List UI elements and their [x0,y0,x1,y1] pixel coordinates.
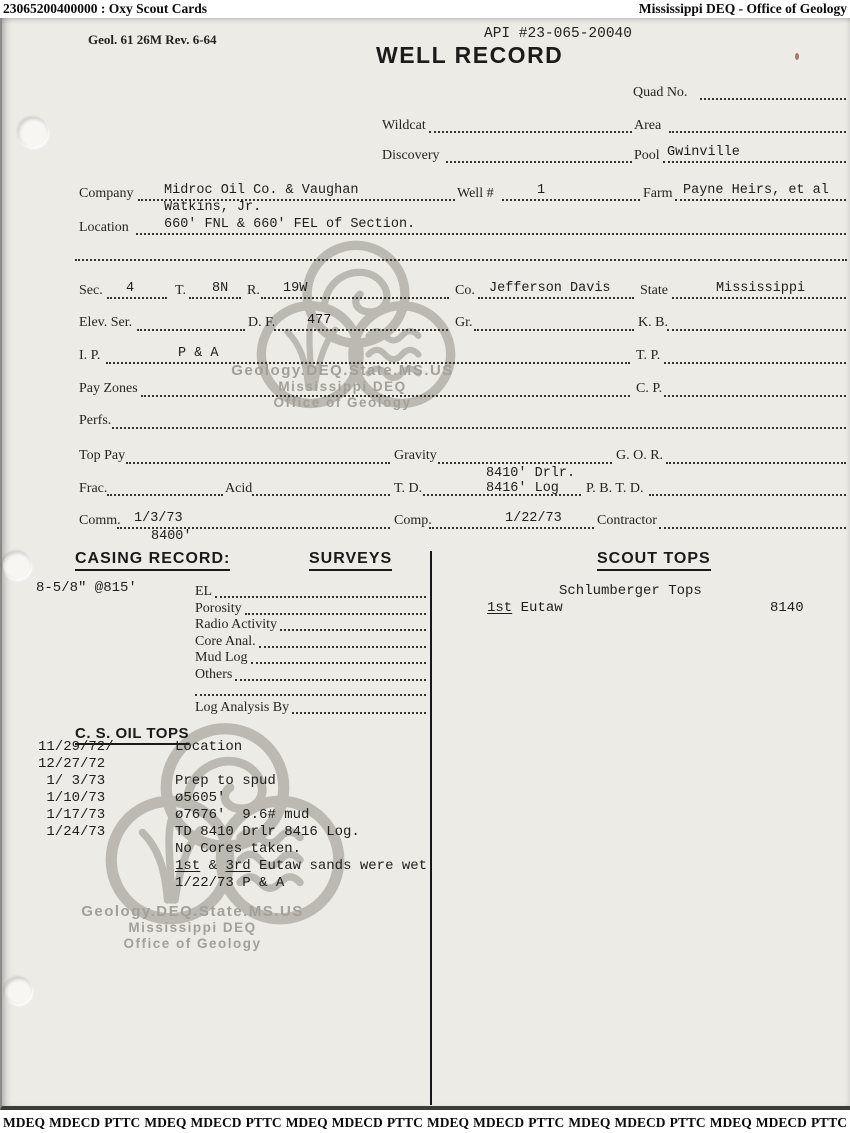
field-value-company-line2: Watkins, Jr. [164,200,261,216]
dotted-line [700,98,846,100]
footer-token: PTTC [670,1115,706,1131]
field-label-wildcat: Wildcat [382,118,426,133]
field-label-farm: Farm [643,186,673,201]
footer-token: MDEQ [286,1115,328,1131]
oil-top-note: ø7676' 9.6# mud [175,807,430,824]
field-value-county: Jefferson Davis [489,281,611,297]
survey-row: Radio Activity [195,617,426,632]
dotted-line [429,527,594,529]
field-value-comp-date: 1/22/73 [505,511,562,527]
form-revision-note: Geol. 61 26M Rev. 6-64 [88,32,217,48]
field-label-county: Co. [455,283,475,298]
field-label-td: T. D. [394,481,422,496]
survey-label: Core Anal. [195,635,259,649]
footer-token: PTTC [104,1115,140,1131]
dotted-line [126,462,390,464]
oil-top-row: 1/17/73ø7676' 9.6# mud [38,807,430,824]
oil-top-row: 1/ 3/73Prep to spud [38,773,430,790]
field-value-range: 19W [283,281,307,297]
scout-top-depth: 8140 [770,600,804,616]
log-analysis-row: Log Analysis By [195,700,426,715]
oil-top-date: 1/24/73 [38,824,175,841]
dotted-line [478,297,634,299]
scout-tops-heading: SCOUT TOPS [597,551,711,571]
form-title: WELL RECORD [376,44,563,67]
field-label-comm: Comm. [79,513,121,528]
footer-token: MDEQ [568,1115,610,1131]
watermark-text: Geology.DEQ.State.MS.US Mississippi DEQ … [65,903,320,952]
footer-token: PTTC [811,1115,847,1131]
watermark-text: Geology.DEQ.State.MS.US Mississippi DEQ … [225,362,460,411]
dotted-leader [215,596,426,598]
field-value-ip: P & A [178,346,219,362]
scout-top-formation: 1st Eutaw [487,600,563,616]
dotted-line [195,694,426,696]
oil-top-note: TD 8410 Drlr 8416 Log. [175,824,430,841]
field-value-township: 8N [212,281,228,297]
footer-token: MDECD [756,1115,807,1131]
field-label-pool: Pool [634,148,660,163]
footer-strip: MDEQMDECDPTTCMDEQMDECDPTTCMDEQMDECDPTTCM… [3,1115,847,1131]
viewer-header-bar: 23065200400000 : Oxy Scout Cards Mississ… [0,0,850,18]
field-value-sec: 4 [126,281,134,297]
dotted-leader [292,712,426,714]
field-label-area: Area [634,118,661,133]
oil-tops-list: 11/29/72/Location12/27/72 1/ 3/73Prep to… [38,739,430,892]
footer-token: MDEQ [3,1115,45,1131]
scout-tops-source: Schlumberger Tops [559,583,702,599]
field-label-comp: Comp. [394,513,432,528]
field-label-well-no: Well # [457,186,494,201]
field-label-state: State [640,283,668,298]
dotted-line [261,297,449,299]
dotted-line [664,362,846,364]
dotted-line [189,297,241,299]
dotted-line [502,199,640,201]
field-value-state: Mississippi [716,281,805,297]
dotted-line [667,329,846,331]
column-divider [430,551,432,1105]
oil-top-note: 1st & 3rd Eutaw sands were wet [175,858,430,875]
oil-top-date: 1/ 3/73 [38,773,175,790]
field-label-frac: Frac. [79,481,107,496]
field-label-top-pay: Top Pay [79,448,125,463]
survey-label: Others [195,668,235,682]
field-label-contractor: Contractor [597,513,657,528]
field-value-pool: Gwinville [667,145,740,161]
oil-top-note [175,756,430,773]
field-label-discovery: Discovery [382,148,440,163]
casing-record-heading: CASING RECORD: [75,551,230,571]
punch-hole [18,117,48,147]
dotted-line [675,199,846,201]
footer-token: MDEQ [427,1115,469,1131]
oil-top-note: ø5605' [175,790,430,807]
field-label-elev-ser: Elev. Ser. [79,315,132,330]
footer-token: MDECD [332,1115,383,1131]
dotted-line [666,462,846,464]
dotted-line [252,494,390,496]
dotted-leader [251,662,427,664]
log-analysis-label: Log Analysis By [195,701,292,715]
dotted-line [112,427,846,429]
dotted-line [672,297,846,299]
field-label-location: Location [79,220,129,235]
oil-top-note: Location [175,739,430,756]
field-label-company: Company [79,186,133,201]
dotted-leader [280,629,426,631]
casing-record-entry: 8-5/8" @815' [36,580,137,596]
dotted-leader [245,613,426,615]
watermark-agency: Mississippi DEQ [65,920,320,936]
oil-top-row: 1st & 3rd Eutaw sands were wet [38,858,430,875]
oil-top-note: Prep to spud [175,773,430,790]
dotted-line [669,131,846,133]
field-label-sec: Sec. [79,283,103,298]
dotted-line [664,395,846,397]
oil-top-date [38,875,175,892]
oil-top-note: No Cores taken. [175,841,430,858]
footer-token: MDECD [49,1115,100,1131]
dotted-line [106,362,630,364]
survey-row: Others [195,667,426,682]
dotted-line [474,329,634,331]
field-label-acid: Acid [225,481,252,496]
watermark-office: Office of Geology [225,395,460,411]
footer-token: PTTC [246,1115,282,1131]
punch-hole [5,977,32,1004]
dotted-leader [235,679,426,681]
dotted-line [137,329,245,331]
dotted-line [659,527,846,529]
oil-top-row: No Cores taken. [38,841,430,858]
field-label-kb: K. B. [638,315,668,330]
watermark-url: Geology.DEQ.State.MS.US [65,903,320,920]
scan-artifact [795,53,799,60]
footer-token: MDECD [190,1115,241,1131]
field-value-company-line1: Midroc Oil Co. & Vaughan [164,183,358,199]
field-label-township: T. [175,283,186,298]
survey-row: EL [195,584,426,599]
oil-top-date [38,858,175,875]
survey-row: Porosity [195,601,426,616]
dotted-leader [259,646,426,648]
footer-token: MDEQ [144,1115,186,1131]
field-label-ip: I. P. [79,348,100,363]
oil-top-date: 11/29/72/ [38,739,175,756]
survey-label: EL [195,585,215,599]
field-label-range: R. [247,283,260,298]
dotted-line [438,462,612,464]
dotted-line [75,259,847,261]
field-label-quad-no: Quad No. [633,85,687,100]
surveys-heading: SURVEYS [309,551,392,571]
footer-token: MDECD [614,1115,665,1131]
watermark-agency: Mississippi DEQ [225,379,460,395]
dotted-line [107,494,223,496]
field-value-td-log: 8416' Log [486,481,559,497]
field-value-well-no: 1 [537,183,545,199]
oil-top-row: 12/27/72 [38,756,430,773]
oil-top-row: 1/24/73TD 8410 Drlr 8416 Log. [38,824,430,841]
header-document-id: 23065200400000 : Oxy Scout Cards [3,1,207,17]
oil-top-row: 1/22/73 P & A [38,875,430,892]
field-label-gravity: Gravity [394,448,437,463]
oil-top-date: 1/17/73 [38,807,175,824]
field-label-perfs: Perfs. [79,413,111,428]
punch-hole [3,551,31,579]
dotted-line [141,395,630,397]
field-value-farm: Payne Heirs, et al [683,183,829,199]
field-label-pay-zones: Pay Zones [79,381,138,396]
survey-label: Mud Log [195,651,251,665]
oil-top-date: 12/27/72 [38,756,175,773]
field-value-location: 660' FNL & 660' FEL of Section. [164,217,415,233]
watermark-url: Geology.DEQ.State.MS.US [225,362,460,379]
field-value-comm-depth: 8400' [151,529,192,545]
header-agency-title: Mississippi DEQ - Office of Geology [639,1,847,17]
footer-token: PTTC [387,1115,423,1131]
footer-token: MDECD [473,1115,524,1131]
oil-top-row: 1/10/73ø5605' [38,790,430,807]
footer-token: PTTC [528,1115,564,1131]
survey-label: Porosity [195,602,245,616]
oil-top-row: 11/29/72/Location [38,739,430,756]
api-number: API #23-065-20040 [484,26,632,42]
survey-label: Radio Activity [195,618,280,632]
scanned-well-record-page: 23065200400000 : Oxy Scout Cards Mississ… [0,0,850,1133]
oil-top-date: 1/10/73 [38,790,175,807]
field-label-df: D. F. [248,315,275,330]
dotted-line [274,329,448,331]
field-value-df: 477 [307,313,331,329]
dotted-line [136,233,846,235]
dotted-line [649,494,846,496]
field-value-td-driller: 8410' Drlr. [486,466,575,482]
field-label-gr: Gr. [455,315,473,330]
field-label-gor: G. O. R. [616,448,663,463]
survey-row: Core Anal. [195,634,426,649]
dotted-line [429,131,632,133]
survey-row: Mud Log [195,650,426,665]
dotted-line [107,297,167,299]
oil-top-note: 1/22/73 P & A [175,875,430,892]
watermark-office: Office of Geology [65,936,320,952]
field-label-tp: T. P. [636,348,660,363]
dotted-line [446,161,632,163]
footer-token: MDEQ [710,1115,752,1131]
oil-top-date [38,841,175,858]
field-label-cp: C. P. [636,381,662,396]
field-value-comm-date: 1/3/73 [134,511,183,527]
dotted-line [663,161,846,163]
field-label-pbtd: P. B. T. D. [586,481,643,496]
